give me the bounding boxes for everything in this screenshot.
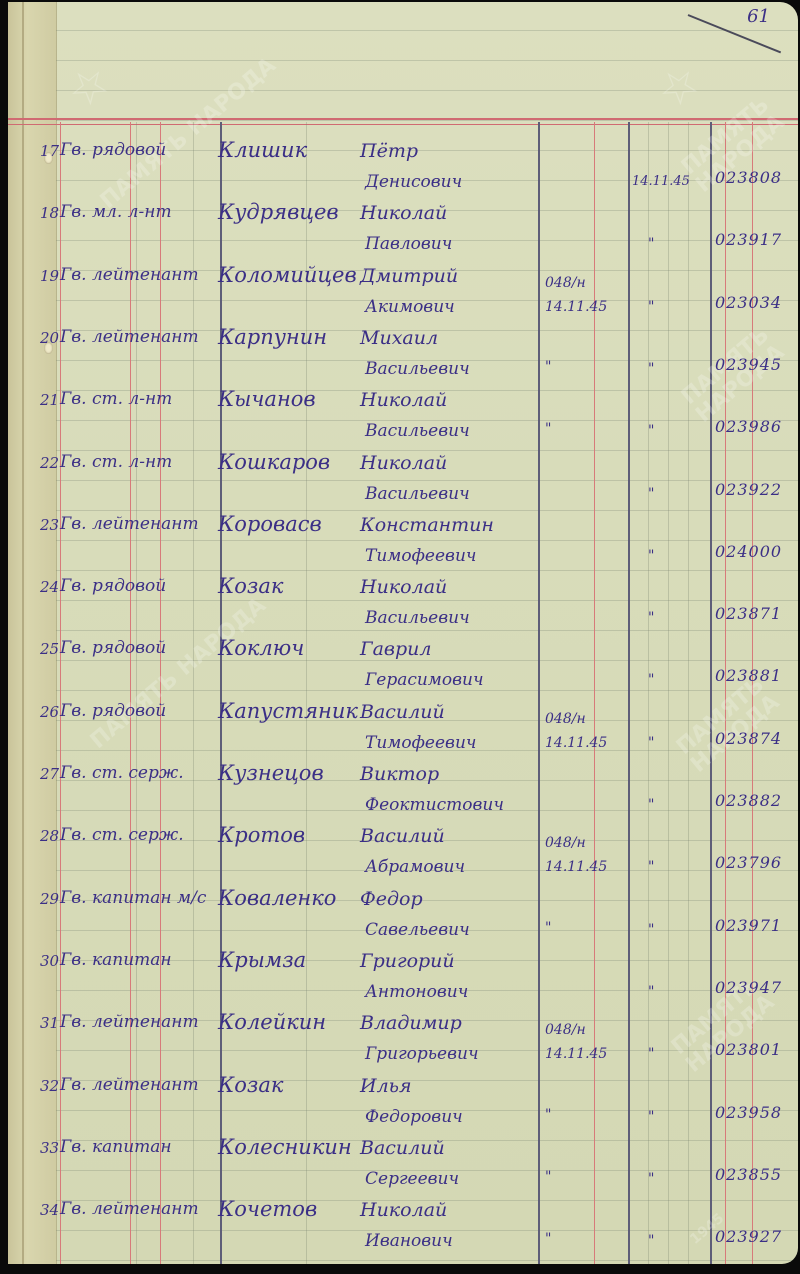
given-name: Николай <box>360 389 447 411</box>
rank: Гв. рядовой <box>60 701 166 721</box>
order-date: " <box>545 920 551 936</box>
row-number: 31 <box>40 1014 59 1032</box>
grid-line <box>56 1260 798 1261</box>
patronymic: Денисович <box>365 172 462 192</box>
patronymic: Герасимович <box>365 670 484 690</box>
rank: Гв. ст. л-нт <box>60 389 172 409</box>
patronymic: Тимофеевич <box>365 733 476 753</box>
rank: Гв. лейтенант <box>60 514 199 534</box>
column-rule <box>710 122 712 1264</box>
issue-date: " <box>648 299 654 315</box>
row-number: 24 <box>40 578 59 596</box>
surname: Козак <box>218 574 283 598</box>
grid-line <box>56 60 798 61</box>
grid-line <box>56 570 798 571</box>
row-number: 28 <box>40 827 59 845</box>
grid-line <box>56 510 798 511</box>
order-date: " <box>545 1107 551 1123</box>
grid-line <box>56 480 798 481</box>
grid-line <box>56 600 798 601</box>
surname: Клишик <box>218 138 307 162</box>
column-rule <box>668 122 669 1264</box>
patronymic: Савельевич <box>365 920 470 940</box>
column-rule <box>648 122 649 1264</box>
patronymic: Антонович <box>365 982 468 1002</box>
patronymic: Акимович <box>365 297 455 317</box>
given-name: Илья <box>360 1075 412 1097</box>
order-date: 14.11.45 <box>545 299 607 315</box>
surname: Кочетов <box>218 1197 317 1221</box>
ledger-page: 61 ☆ ПАМЯТЬ НАРОДА ☆ ПАМЯТЬ НАРОДА ПАМЯТ… <box>8 2 798 1264</box>
document-number: 023917 <box>715 230 782 249</box>
patronymic: Васильевич <box>365 359 470 379</box>
document-number: 023986 <box>715 417 782 436</box>
document-number: 023796 <box>715 853 782 872</box>
row-number: 27 <box>40 765 59 783</box>
surname: Коломийцев <box>218 263 357 287</box>
surname: Крымза <box>218 948 306 972</box>
header-rule-top <box>8 118 798 120</box>
page-binding <box>8 2 57 1264</box>
issue-date: " <box>648 423 654 439</box>
row-number: 18 <box>40 204 59 222</box>
rank: Гв. капитан м/с <box>60 888 206 908</box>
given-name: Николай <box>360 1199 447 1221</box>
surname: Капустяник <box>218 699 358 723</box>
binding-edge <box>22 2 24 1264</box>
watermark-star: ☆ <box>647 54 710 118</box>
document-number: 023958 <box>715 1103 782 1122</box>
column-rule <box>594 122 595 1264</box>
issue-date: " <box>648 984 654 1000</box>
row-number: 25 <box>40 640 59 658</box>
rank: Гв. рядовой <box>60 140 166 160</box>
row-number: 30 <box>40 952 59 970</box>
issue-date: " <box>648 548 654 564</box>
column-rule <box>538 122 540 1264</box>
order-date: " <box>545 1169 551 1185</box>
patronymic: Абрамович <box>365 857 465 877</box>
surname: Колейкин <box>218 1010 326 1034</box>
row-number: 33 <box>40 1139 59 1157</box>
patronymic: Иванович <box>365 1231 453 1251</box>
rank: Гв. мл. л-нт <box>60 202 172 222</box>
given-name: Николай <box>360 452 447 474</box>
issue-date: " <box>648 735 654 751</box>
surname: Кудрявцев <box>218 200 339 224</box>
given-name: Гаврил <box>360 638 431 660</box>
issue-date: " <box>648 1046 654 1062</box>
given-name: Константин <box>360 514 494 536</box>
rank: Гв. лейтенант <box>60 1199 199 1219</box>
patronymic: Феоктистович <box>365 795 504 815</box>
issue-date: " <box>648 486 654 502</box>
order-number: 048/н <box>545 275 586 291</box>
header-rule-bottom <box>8 124 798 125</box>
patronymic: Васильевич <box>365 421 470 441</box>
document-number: 023801 <box>715 1040 782 1059</box>
order-date: " <box>545 359 551 375</box>
surname: Кротов <box>218 823 305 847</box>
column-rule <box>306 122 307 1264</box>
rank: Гв. капитан <box>60 1137 172 1157</box>
rank: Гв. лейтенант <box>60 1012 199 1032</box>
row-number: 23 <box>40 516 59 534</box>
document-number: 023945 <box>715 355 782 374</box>
patronymic: Тимофеевич <box>365 546 476 566</box>
row-number: 22 <box>40 454 59 472</box>
order-date: " <box>545 421 551 437</box>
rank: Гв. лейтенант <box>60 265 199 285</box>
row-number: 17 <box>40 142 59 160</box>
issue-date: 14.11.45 <box>632 174 690 189</box>
document-number: 023971 <box>715 916 782 935</box>
row-number: 29 <box>40 890 59 908</box>
issue-date: " <box>648 922 654 938</box>
document-number: 023874 <box>715 729 782 748</box>
document-number: 023927 <box>715 1227 782 1246</box>
patronymic: Павлович <box>365 234 452 254</box>
document-number: 024000 <box>715 542 782 561</box>
watermark-star: ☆ <box>57 54 120 118</box>
document-number: 023808 <box>715 168 782 187</box>
given-name: Виктор <box>360 763 439 785</box>
grid-line <box>56 540 798 541</box>
given-name: Владимир <box>360 1012 462 1034</box>
row-number: 26 <box>40 703 59 721</box>
order-number: 048/н <box>545 711 586 727</box>
surname: Коваленко <box>218 886 336 910</box>
rank: Гв. рядовой <box>60 576 166 596</box>
given-name: Николай <box>360 576 447 598</box>
watermark: ПАМЯТЬ НАРОДА <box>86 594 270 753</box>
document-number: 023855 <box>715 1165 782 1184</box>
rank: Гв. ст. серж. <box>60 763 184 783</box>
rank: Гв. ст. л-нт <box>60 452 172 472</box>
order-number: 048/н <box>545 1022 586 1038</box>
order-number: 048/н <box>545 835 586 851</box>
order-date: 14.11.45 <box>545 1046 607 1062</box>
document-number: 023922 <box>715 480 782 499</box>
patronymic: Васильевич <box>365 484 470 504</box>
given-name: Василий <box>360 1137 445 1159</box>
row-number: 20 <box>40 329 59 347</box>
row-number: 19 <box>40 267 59 285</box>
watermark: ПАМЯТЬ НАРОДА <box>96 54 280 213</box>
grid-line <box>56 30 798 31</box>
surname: Кошкаров <box>218 450 330 474</box>
rank: Гв. лейтенант <box>60 1075 199 1095</box>
document-number: 023871 <box>715 604 782 623</box>
column-rule <box>688 122 689 1264</box>
given-name: Василий <box>360 701 445 723</box>
issue-date: " <box>648 1171 654 1187</box>
grid-line <box>56 630 798 631</box>
given-name: Дмитрий <box>360 265 458 287</box>
patronymic: Сергеевич <box>365 1169 459 1189</box>
patronymic: Федорович <box>365 1107 463 1127</box>
surname: Коключ <box>218 636 304 660</box>
given-name: Николай <box>360 202 447 224</box>
given-name: Федор <box>360 888 423 910</box>
issue-date: " <box>648 797 654 813</box>
issue-date: " <box>648 610 654 626</box>
order-date: 14.11.45 <box>545 735 607 751</box>
rank: Гв. лейтенант <box>60 327 199 347</box>
patronymic: Васильевич <box>365 608 470 628</box>
grid-line <box>56 120 798 121</box>
rank: Гв. ст. серж. <box>60 825 184 845</box>
column-rule <box>628 122 630 1264</box>
issue-date: " <box>648 672 654 688</box>
issue-date: " <box>648 1233 654 1249</box>
given-name: Пётр <box>360 140 418 162</box>
document-number: 023034 <box>715 293 782 312</box>
grid-line <box>56 90 798 91</box>
row-number: 21 <box>40 391 59 409</box>
page-number: 61 <box>747 6 770 27</box>
order-date: 14.11.45 <box>545 859 607 875</box>
surname: Кычанов <box>218 387 316 411</box>
surname: Кузнецов <box>218 761 324 785</box>
rank: Гв. капитан <box>60 950 172 970</box>
row-number: 32 <box>40 1077 59 1095</box>
issue-date: " <box>648 361 654 377</box>
given-name: Михаил <box>360 327 438 349</box>
given-name: Василий <box>360 825 445 847</box>
issue-date: " <box>648 1109 654 1125</box>
rank: Гв. рядовой <box>60 638 166 658</box>
patronymic: Григорьевич <box>365 1044 479 1064</box>
surname: Козак <box>218 1073 283 1097</box>
issue-date: " <box>648 859 654 875</box>
issue-date: " <box>648 236 654 252</box>
document-number: 023947 <box>715 978 782 997</box>
surname: Колесникин <box>218 1135 352 1159</box>
given-name: Григорий <box>360 950 455 972</box>
grid-line <box>56 150 798 151</box>
surname: Коровасв <box>218 512 322 536</box>
row-number: 34 <box>40 1201 59 1219</box>
surname: Карпунин <box>218 325 327 349</box>
order-date: " <box>545 1231 551 1247</box>
document-number: 023881 <box>715 666 782 685</box>
document-number: 023882 <box>715 791 782 810</box>
